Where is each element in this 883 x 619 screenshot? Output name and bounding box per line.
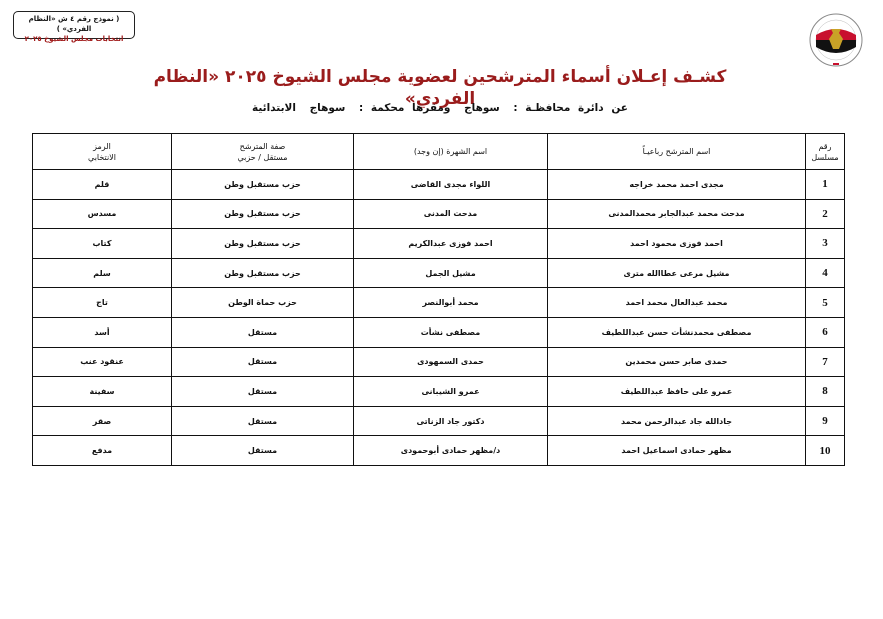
header-status: صفة المترشح مستقل / حزبي — [172, 134, 354, 170]
symbol-cell: عنقود عنب — [33, 347, 172, 377]
district-label: عن دائرة محافظـة : — [513, 102, 628, 114]
header-full-name: اسم المترشح رباعيـاً — [548, 134, 806, 170]
symbol-cell: صقر — [33, 406, 172, 436]
full-name-cell: حمدى صابر حسن محمدين — [548, 347, 806, 377]
full-name-cell: احمد فوزى محمود احمد — [548, 229, 806, 259]
status-cell: مستقل — [172, 317, 354, 347]
full-name-cell: مظهر حمادى اسماعيل احمد — [548, 436, 806, 466]
district-value: سوهاج — [464, 102, 500, 114]
header-serial: رقم مسلسل — [806, 134, 845, 170]
full-name-cell: مدحت محمد عبدالجابر محمدالمدنى — [548, 199, 806, 229]
status-cell: مستقل — [172, 406, 354, 436]
form-number-box: ( نموذج رقم ٤ ش «النظام الفردي» ) انتخاب… — [13, 11, 135, 39]
status-cell: حزب حماة الوطن — [172, 288, 354, 318]
table-header-row: رقم مسلسل اسم المترشح رباعيـاً اسم الشهر… — [33, 134, 845, 170]
table-row: 6 مصطفى محمدنشأت حسن عبداللطيف مصطفى نشأ… — [33, 317, 845, 347]
known-name-cell: مصطفى نشأت — [354, 317, 548, 347]
symbol-cell: مسدس — [33, 199, 172, 229]
status-cell: حزب مستقبل وطن — [172, 170, 354, 200]
known-name-cell: د/مظهر حمادى أبوحمودى — [354, 436, 548, 466]
symbol-cell: قلم — [33, 170, 172, 200]
status-cell: مستقل — [172, 347, 354, 377]
known-name-cell: احمد فوزى عبدالكريم — [354, 229, 548, 259]
symbol-cell: سلم — [33, 258, 172, 288]
known-name-cell: دكتور جاد الزناتى — [354, 406, 548, 436]
serial-cell: 3 — [806, 229, 845, 259]
court-type: الابتدائية — [252, 102, 296, 114]
symbol-cell: كتاب — [33, 229, 172, 259]
table-row: 7 حمدى صابر حسن محمدين حمدى السمهودى مست… — [33, 347, 845, 377]
district-info: عن دائرة محافظـة : سوهاج ومقرها محكمة : … — [240, 101, 640, 115]
full-name-cell: جادالله جاد عبدالرحمن محمد — [548, 406, 806, 436]
table-row: 10 مظهر حمادى اسماعيل احمد د/مظهر حمادى … — [33, 436, 845, 466]
known-name-cell: اللواء مجدى القاضى — [354, 170, 548, 200]
table-row: 5 محمد عبدالعال محمد احمد محمد أبوالنصر … — [33, 288, 845, 318]
symbol-cell: سفينة — [33, 377, 172, 407]
court-value: سوهاج — [310, 102, 346, 114]
serial-cell: 1 — [806, 170, 845, 200]
known-name-cell: مدحت المدنى — [354, 199, 548, 229]
table-row: 8 عمرو على حافظ عبداللطيف عمرو الشيبانى … — [33, 377, 845, 407]
table-row: 3 احمد فوزى محمود احمد احمد فوزى عبدالكر… — [33, 229, 845, 259]
serial-cell: 5 — [806, 288, 845, 318]
known-name-cell: محمد أبوالنصر — [354, 288, 548, 318]
full-name-cell: محمد عبدالعال محمد احمد — [548, 288, 806, 318]
known-name-cell: مشيل الجمل — [354, 258, 548, 288]
status-cell: حزب مستقبل وطن — [172, 229, 354, 259]
symbol-cell: أسد — [33, 317, 172, 347]
status-cell: حزب مستقبل وطن — [172, 258, 354, 288]
status-cell: مستقل — [172, 377, 354, 407]
header-known-name: اسم الشهرة (إن وجد) — [354, 134, 548, 170]
serial-cell: 7 — [806, 347, 845, 377]
full-name-cell: مصطفى محمدنشأت حسن عبداللطيف — [548, 317, 806, 347]
serial-cell: 2 — [806, 199, 845, 229]
nea-emblem-icon — [809, 13, 863, 67]
serial-cell: 10 — [806, 436, 845, 466]
table-row: 9 جادالله جاد عبدالرحمن محمد دكتور جاد ا… — [33, 406, 845, 436]
serial-cell: 6 — [806, 317, 845, 347]
serial-cell: 4 — [806, 258, 845, 288]
serial-cell: 9 — [806, 406, 845, 436]
symbol-cell: تاج — [33, 288, 172, 318]
full-name-cell: مجدى احمد محمد خراجه — [548, 170, 806, 200]
full-name-cell: مشيل مرعى عطاالله مترى — [548, 258, 806, 288]
symbol-cell: مدفع — [33, 436, 172, 466]
election-label: انتخابات مجلس الشيوخ ٢٠٢٥ — [14, 34, 134, 44]
full-name-cell: عمرو على حافظ عبداللطيف — [548, 377, 806, 407]
status-cell: مستقل — [172, 436, 354, 466]
table-row: 1 مجدى احمد محمد خراجه اللواء مجدى القاض… — [33, 170, 845, 200]
table-row: 4 مشيل مرعى عطاالله مترى مشيل الجمل حزب … — [33, 258, 845, 288]
serial-cell: 8 — [806, 377, 845, 407]
candidates-table: رقم مسلسل اسم المترشح رباعيـاً اسم الشهر… — [32, 133, 845, 466]
status-cell: حزب مستقبل وطن — [172, 199, 354, 229]
form-number-label: ( نموذج رقم ٤ ش «النظام الفردي» ) — [14, 14, 134, 34]
known-name-cell: حمدى السمهودى — [354, 347, 548, 377]
table-row: 2 مدحت محمد عبدالجابر محمدالمدنى مدحت ال… — [33, 199, 845, 229]
court-label: ومقرها محكمة : — [359, 102, 450, 114]
header-symbol: الرمز الانتخابي — [33, 134, 172, 170]
known-name-cell: عمرو الشيبانى — [354, 377, 548, 407]
